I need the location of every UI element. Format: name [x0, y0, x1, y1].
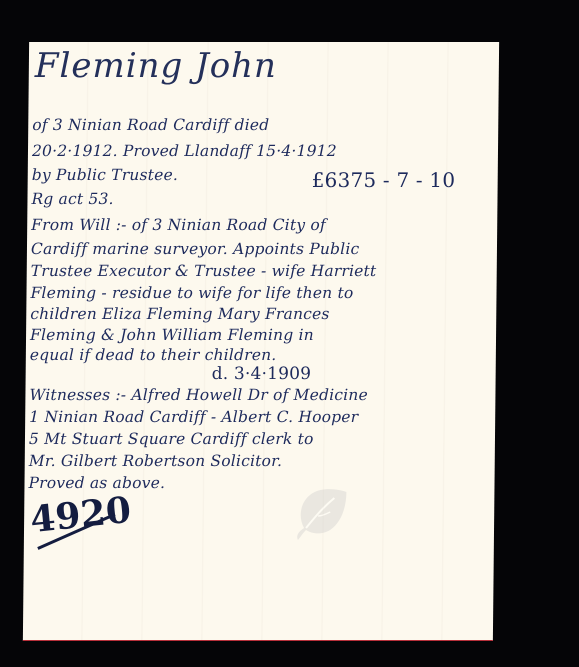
estate-amount: £6375 - 7 - 10	[312, 168, 456, 192]
witness-line: Proved as above.	[28, 474, 165, 492]
will-line: children Eliza Fleming Mary Frances	[30, 305, 330, 323]
will-line: From Will :- of 3 Ninian Road City of	[31, 216, 326, 234]
probate-card: Fleming John of 3 Ninian Road Cardiff di…	[23, 42, 499, 641]
will-date: d. 3·4·1909	[212, 364, 312, 384]
witness-line: 1 Ninian Road Cardiff - Albert C. Hooper	[29, 408, 358, 426]
will-line: Fleming - residue to wife for life then …	[30, 284, 353, 302]
text-line: by Public Trustee.	[32, 166, 178, 184]
reference-number: 4920	[28, 489, 133, 541]
will-line: Fleming & John William Fleming in	[30, 326, 314, 344]
card-title: Fleming John	[35, 46, 277, 86]
text-line: Rg act 53.	[31, 190, 113, 208]
text-line: 20·2·1912. Proved Llandaff 15·4·1912	[32, 142, 337, 160]
witness-line: Mr. Gilbert Robertson Solicitor.	[29, 452, 283, 470]
witness-line: 5 Mt Stuart Square Cardiff clerk to	[29, 430, 314, 448]
will-line: Cardiff marine surveyor. Appoints Public	[31, 240, 360, 258]
text-line: of 3 Ninian Road Cardiff died	[32, 116, 269, 134]
leaf-icon	[290, 484, 351, 544]
will-line: equal if dead to their children.	[30, 346, 277, 364]
witness-line: Witnesses :- Alfred Howell Dr of Medicin…	[29, 386, 368, 404]
will-line: Trustee Executor & Trustee - wife Harrie…	[31, 262, 377, 280]
